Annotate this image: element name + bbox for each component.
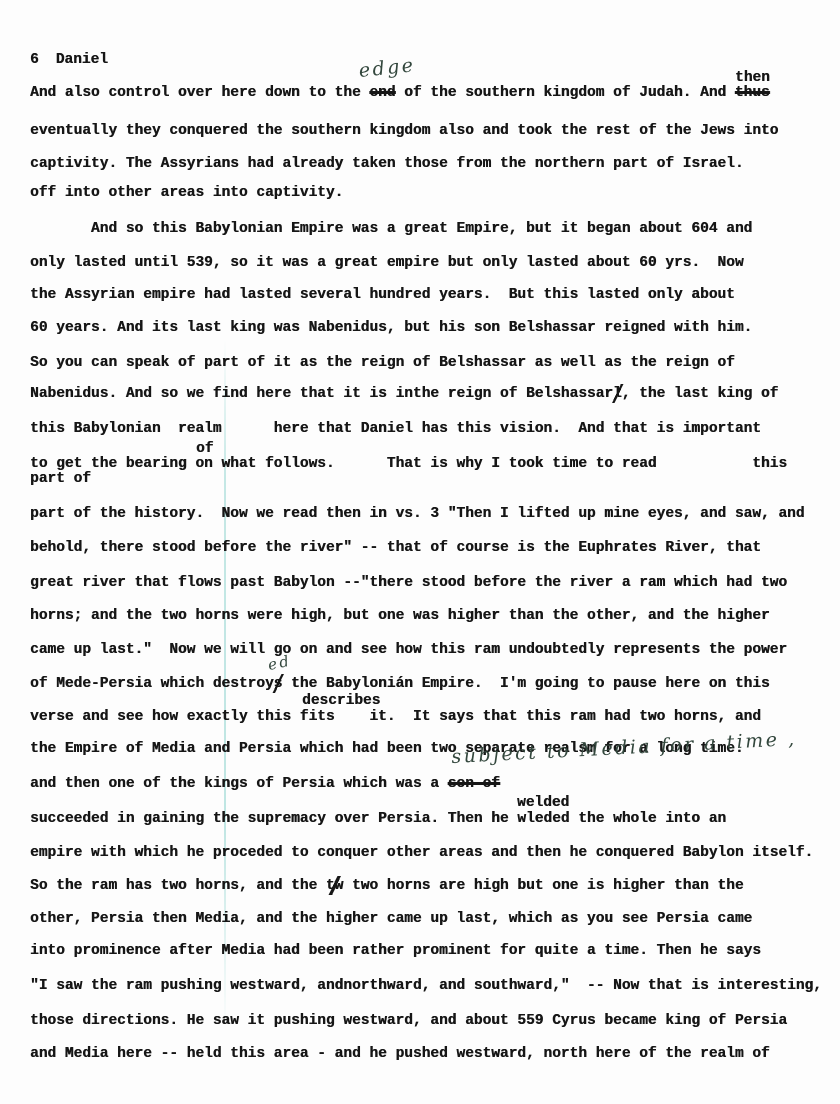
typed-line: came up last." Now we will go on and see… — [30, 643, 787, 658]
typed-text: and then one of the kings of Persia whic… — [30, 777, 448, 792]
typed-line: eventually they conquered the southern k… — [30, 124, 778, 139]
typed-text: other, Persia then Media, and the higher… — [30, 912, 752, 927]
typed-text: only lasted until 539, so it was a great… — [30, 256, 744, 271]
typed-text: horns; and the two horns were high, but … — [30, 609, 770, 624]
typed-line: into prominence after Media had been rat… — [30, 944, 761, 959]
typed-text: part of the history. Now we read then in… — [30, 507, 804, 522]
page-header: 6Daniel — [30, 53, 108, 68]
typed-text: verse and see how exactly this fits it. … — [30, 710, 761, 725]
handwritten-annotation: ed — [266, 652, 293, 674]
typed-text: the Assyrian empire had lasted several h… — [30, 288, 735, 303]
typed-line: the Assyrian empire had lasted several h… — [30, 288, 735, 303]
typed-text: 60 years. And its last king was Nabenidu… — [30, 321, 752, 336]
typed-text: And also control over here down to the — [30, 86, 369, 101]
struck-text: son-of — [448, 777, 500, 792]
handwritten-annotation: subject to Media for a time , — [451, 728, 797, 768]
typed-line: other, Persia then Media, and the higher… — [30, 912, 752, 927]
typed-text: and Media here -- held this area - and h… — [30, 1047, 770, 1062]
typed-text: Nabenidus. And so we find here that it i… — [30, 387, 613, 402]
typed-insertion: of — [196, 442, 213, 457]
typed-text: came up last." Now we will go on and see… — [30, 643, 787, 658]
typed-text: this Babylonian realm here that Daniel h… — [30, 422, 761, 437]
typed-line: part of the history. Now we read then in… — [30, 507, 804, 522]
typed-text: great river that flows past Babylon --"t… — [30, 576, 787, 591]
typed-text: eventually they conquered the southern k… — [30, 124, 778, 139]
typed-line: off into other areas into captivity. — [30, 186, 343, 201]
typed-text: of the southern kingdom of Judah. And — [395, 86, 734, 101]
typed-line: And so this Babylonian Empire was a grea… — [30, 222, 752, 237]
typed-text: the Babylonián Empire. I'm going to paus… — [282, 677, 769, 692]
page-number: 6 — [30, 52, 39, 68]
typed-line: to get the bearing on what follows. That… — [30, 457, 787, 472]
struck-text: s — [274, 677, 283, 692]
typed-text: So the ram has two horns, and the — [30, 879, 326, 894]
typed-line: 60 years. And its last king was Nabenidu… — [30, 321, 752, 336]
struck-text: tw — [326, 879, 343, 894]
typed-line: And also control over here down to the e… — [30, 86, 770, 101]
typed-text: So you can speak of part of it as the re… — [30, 356, 735, 371]
typed-text: to get the bearing on what follows. That… — [30, 457, 787, 472]
typed-line: and Media here -- held this area - and h… — [30, 1047, 770, 1062]
typed-text: And so this Babylonian Empire was a grea… — [30, 222, 752, 237]
typed-text: two horns are high but one is higher tha… — [343, 879, 743, 894]
typed-line: "I saw the ram pushing westward, andnort… — [30, 979, 822, 994]
struck-text: l — [613, 387, 622, 402]
typed-line: horns; and the two horns were high, but … — [30, 609, 770, 624]
typed-line: succeeded in gaining the supremacy over … — [30, 812, 726, 827]
typed-text: of Mede-Persia which destroy — [30, 677, 274, 692]
typed-line: behold, there stood before the river" --… — [30, 541, 761, 556]
struck-text: end — [369, 86, 395, 101]
typed-text: into prominence after Media had been rat… — [30, 944, 761, 959]
typed-line: only lasted until 539, so it was a great… — [30, 256, 744, 271]
typed-line: and then one of the kings of Persia whic… — [30, 777, 500, 792]
typed-line: Nabenidus. And so we find here that it i… — [30, 387, 778, 402]
typed-line: empire with which he proceded to conquer… — [30, 846, 813, 861]
typed-text: off into other areas into captivity. — [30, 186, 343, 201]
typed-text: succeeded in gaining the supremacy over … — [30, 812, 726, 827]
typed-line: captivity. The Assyrians had already tak… — [30, 157, 744, 172]
typescript-page: 6Daniel And also control over here down … — [0, 0, 840, 1104]
struck-text: thus — [735, 86, 770, 101]
page-title: Daniel — [56, 52, 108, 68]
typed-text: behold, there stood before the river" --… — [30, 541, 761, 556]
typed-line: part of — [30, 472, 91, 487]
typed-line: So the ram has two horns, and the tw two… — [30, 879, 744, 894]
typed-text: empire with which he proceded to conquer… — [30, 846, 813, 861]
typed-text: , the last king of — [622, 387, 779, 402]
typed-line: verse and see how exactly this fits it. … — [30, 710, 761, 725]
typed-text: those directions. He saw it pushing west… — [30, 1014, 787, 1029]
typed-text: captivity. The Assyrians had already tak… — [30, 157, 744, 172]
typed-line: those directions. He saw it pushing west… — [30, 1014, 787, 1029]
typed-text: part of — [30, 472, 91, 487]
typed-line: So you can speak of part of it as the re… — [30, 356, 735, 371]
typed-insertion: then — [735, 71, 770, 86]
typed-text: "I saw the ram pushing westward, andnort… — [30, 979, 822, 994]
handwritten-annotation: edge — [358, 54, 417, 82]
typed-line: great river that flows past Babylon --"t… — [30, 576, 787, 591]
typed-insertion: welded — [517, 796, 569, 811]
typed-insertion: describes — [302, 694, 380, 709]
typed-line: of Mede-Persia which destroys the Babylo… — [30, 677, 770, 692]
typed-line: this Babylonian realm here that Daniel h… — [30, 422, 761, 437]
